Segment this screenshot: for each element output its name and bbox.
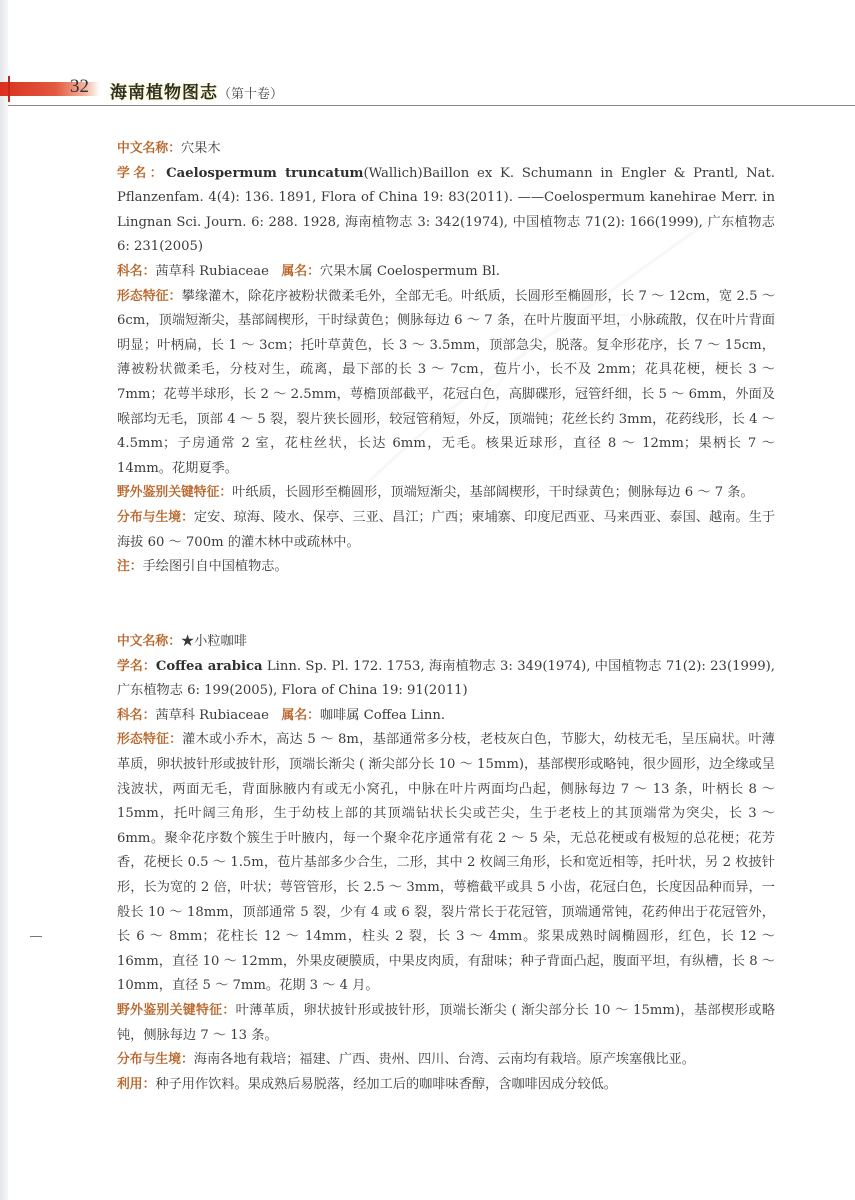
- distribution-label: 分布与生境：: [117, 510, 194, 525]
- distribution-row: 分布与生境：定安、琼海、陵水、保亭、三亚、昌江；广西；柬埔寨、印度尼西亚、马来西…: [117, 506, 775, 555]
- scientific-name-label: 学名：: [117, 166, 166, 181]
- page-header: 32 海南植物图志（第十卷）: [0, 76, 855, 106]
- morphology-label: 形态特征：: [117, 289, 182, 304]
- field-id-row: 野外鉴别关键特征：叶薄革质，卵状披针形或披针形，顶端长渐尖 ( 渐尖部分长 10…: [117, 999, 775, 1048]
- volume-label: （第十卷）: [218, 87, 283, 102]
- book-title: 海南植物图志（第十卷）: [110, 78, 283, 103]
- field-id-label: 野外鉴别关键特征：: [117, 1003, 236, 1018]
- chinese-name-row: 中文名称：穴果木: [117, 137, 775, 162]
- morphology-row: 形态特征：攀缘灌木，除花序被粉状微柔毛外，全部无毛。叶纸质，长圆形至椭圆形，长 …: [117, 285, 775, 482]
- family-genus-row: 科名：茜草科 Rubiaceae 属名：穴果木属 Coelospermum Bl…: [117, 260, 775, 285]
- scientific-name: Coffea arabica: [156, 659, 263, 674]
- book-title-text: 海南植物图志: [110, 83, 218, 103]
- morphology-row: 形态特征：灌木或小乔木，高达 5 ～ 8m，基部通常多分枝，老枝灰白色，节膨大，…: [117, 728, 775, 999]
- field-id-row: 野外鉴别关键特征：叶纸质，长圆形至椭圆形，顶端短渐尖，基部阔楔形，干时绿黄色；侧…: [117, 481, 775, 506]
- note-row: 注：手绘图引自中国植物志。: [117, 555, 775, 580]
- chinese-name: ★小粒咖啡: [181, 634, 247, 649]
- species-entry-coffea: 中文名称：★小粒咖啡 学名：Coffea arabica Linn. Sp. P…: [117, 630, 775, 1097]
- distribution-row: 分布与生境：海南各地有栽培；福建、广西、贵州、四川、台湾、云南均有栽培。原产埃塞…: [117, 1048, 775, 1073]
- family-name: 茜草科 Rubiaceae: [155, 264, 269, 279]
- page-edge: [0, 0, 8, 1200]
- morphology-label: 形态特征：: [117, 732, 182, 747]
- use-text: 种子用作饮料。果成熟后易脱落，经加工后的咖啡味香醇，含咖啡因成分较低。: [155, 1077, 617, 1092]
- morphology-text: 攀缘灌木，除花序被粉状微柔毛外，全部无毛。叶纸质，长圆形至椭圆形，长 7 ～ 1…: [117, 289, 775, 476]
- chinese-name-label: 中文名称：: [117, 141, 181, 156]
- species-entry-caelospermum: 中文名称：穴果木 学名：Caelospermum truncatum(Walli…: [117, 137, 775, 580]
- morphology-text: 灌木或小乔木，高达 5 ～ 8m，基部通常多分枝，老枝灰白色，节膨大，幼枝无毛，…: [117, 732, 775, 993]
- margin-mark: [30, 936, 42, 937]
- page-number: 32: [70, 76, 89, 98]
- header-tick-mark: [8, 76, 10, 102]
- chinese-name-row: 中文名称：★小粒咖啡: [117, 630, 775, 655]
- chinese-name: 穴果木: [181, 141, 221, 156]
- note-label: 注：: [117, 559, 143, 574]
- scientific-name-row: 学名：Coffea arabica Linn. Sp. Pl. 172. 175…: [117, 655, 775, 704]
- field-id-text: 叶纸质，长圆形至椭圆形，顶端短渐尖，基部阔楔形，干时绿黄色；侧脉每边 6 ～ 7…: [232, 485, 753, 500]
- use-row: 利用：种子用作饮料。果成熟后易脱落，经加工后的咖啡味香醇，含咖啡因成分较低。: [117, 1073, 775, 1098]
- distribution-label: 分布与生境：: [117, 1052, 194, 1067]
- genus-label: 属名：: [282, 264, 320, 279]
- family-label: 科名：: [117, 264, 155, 279]
- scientific-name-row: 学名：Caelospermum truncatum(Wallich)Baillo…: [117, 162, 775, 260]
- family-label: 科名：: [117, 708, 155, 723]
- header-rule: [8, 105, 855, 106]
- genus-label: 属名：: [282, 708, 320, 723]
- scientific-name-label: 学名：: [117, 659, 156, 674]
- field-id-label: 野外鉴别关键特征：: [117, 485, 232, 500]
- genus-name: 穴果木属 Coelospermum Bl.: [320, 264, 500, 279]
- family-genus-row: 科名：茜草科 Rubiaceae 属名：咖啡属 Coffea Linn.: [117, 704, 775, 729]
- genus-name: 咖啡属 Coffea Linn.: [320, 708, 445, 723]
- chinese-name-label: 中文名称：: [117, 634, 181, 649]
- distribution-text: 定安、琼海、陵水、保亭、三亚、昌江；广西；柬埔寨、印度尼西亚、马来西亚、泰国、越…: [117, 510, 775, 550]
- distribution-text: 海南各地有栽培；福建、广西、贵州、四川、台湾、云南均有栽培。原产埃塞俄比亚。: [194, 1052, 695, 1067]
- use-label: 利用：: [117, 1077, 155, 1092]
- note-text: 手绘图引自中国植物志。: [143, 559, 288, 574]
- scientific-name: Caelospermum truncatum: [166, 166, 363, 181]
- family-name: 茜草科 Rubiaceae: [155, 708, 269, 723]
